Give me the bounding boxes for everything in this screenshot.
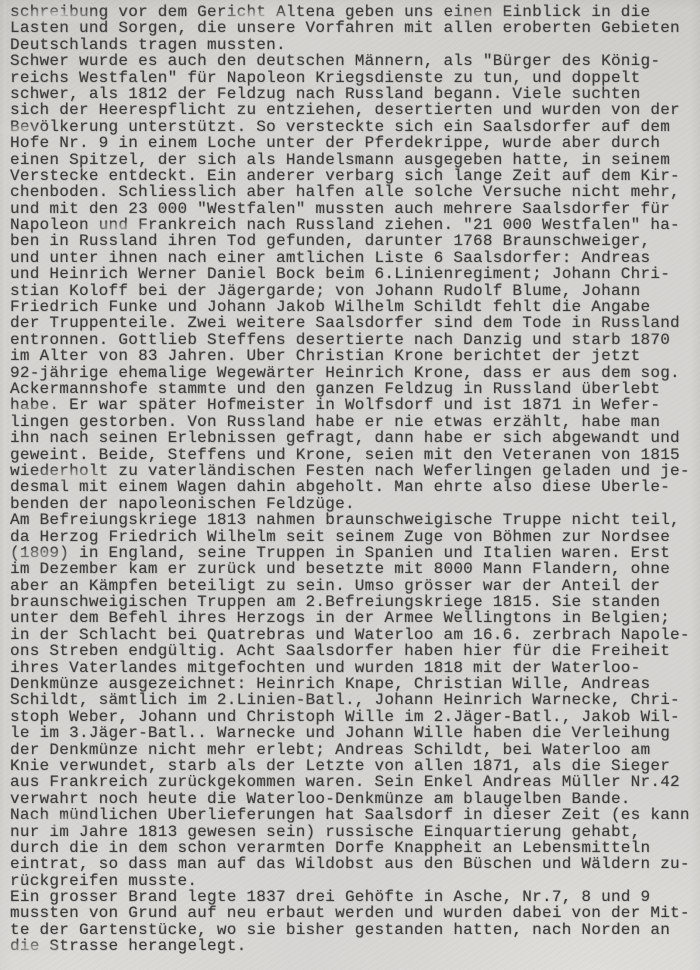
text-line: ben in Russland ihren Tod gefunden, daru… <box>10 233 700 249</box>
text-line: benden der napoleonischen Feldzüge. <box>10 496 700 512</box>
text-line: in der Schlacht bei Quatrebras und Water… <box>10 627 700 643</box>
text-line: wiederholt zu vaterländischen Festen nac… <box>10 463 700 479</box>
text-line: aber an Kämpfen beteiligt zu sein. Umso … <box>10 578 700 594</box>
text-line: desmal mit einem Wagen dahin abgeholt. M… <box>10 479 700 495</box>
text-line: nur im Jahre 1813 gewesen sein) russisch… <box>10 824 700 840</box>
text-line: der Denkmünze nicht mehr erlebt; Andreas… <box>10 742 700 758</box>
text-line: geweint. Beide, Steffens und Krone, seie… <box>10 447 700 463</box>
text-line: und Heinrich Werner Daniel Bock beim 6.L… <box>10 266 700 282</box>
text-line: und unter ihnen nach einer amtlichen Lis… <box>10 250 700 266</box>
text-line: eintrat, so dass man auf das Wildobst au… <box>10 856 700 872</box>
text-line: (1809) in England, seine Truppen in Span… <box>10 545 700 561</box>
text-line: im Dezember kam er zurück und besetzte m… <box>10 561 700 577</box>
text-line: entronnen. Gottlieb Steffens desertierte… <box>10 332 700 348</box>
text-line: ihres Vaterlandes mitgefochten und wurde… <box>10 660 700 676</box>
text-line: einen Spitzel, der sich als Handelsmann … <box>10 152 700 168</box>
text-line: Bevölkerung unterstützt. So versteckte s… <box>10 119 700 135</box>
text-line: sich der Heerespflicht zu entziehen, des… <box>10 102 700 118</box>
text-line: ons Streben endgültig. Acht Saalsdorfer … <box>10 643 700 659</box>
text-line: Schildt, sämtlich im 2.Linien-Batl., Joh… <box>10 692 700 708</box>
text-line: verwahrt noch heute die Waterloo-Denkmün… <box>10 791 700 807</box>
text-line: Verstecke entdeckt. Ein anderer verbarg … <box>10 168 700 184</box>
text-line: und mit den 23 000 "Westfalen" mussten a… <box>10 201 700 217</box>
text-line: Knie verwundet, starb als der Letzte von… <box>10 758 700 774</box>
text-line: Schwer wurde es auch den deutschen Männe… <box>10 53 700 69</box>
text-line: stian Koloff bei der Jägergarde; von Joh… <box>10 283 700 299</box>
text-line: Hofe Nr. 9 in einem Loche unter der Pfer… <box>10 135 700 151</box>
text-line: Nach mündlichen Uberlieferungen hat Saal… <box>10 807 700 823</box>
scanned-page: schreibung vor dem Gericht Altena geben … <box>0 0 700 970</box>
text-line: unter dem Befehl ihres Herzogs in der Ar… <box>10 610 700 626</box>
text-line: lingen gestorben. Von Russland habe er n… <box>10 414 700 430</box>
text-line: Lasten und Sorgen, die unsere Vorfahren … <box>10 20 700 36</box>
text-line: da Herzog Friedrich Wilhelm seit seinem … <box>10 529 700 545</box>
text-line: te der Gartenstücke, wo sie bisher gesta… <box>10 922 700 938</box>
text-line: der Truppenteile. Zwei weitere Saalsdorf… <box>10 315 700 331</box>
typewritten-text-block: schreibung vor dem Gericht Altena geben … <box>10 4 700 955</box>
text-line: aus Frankreich zurückgekommen waren. Sei… <box>10 774 700 790</box>
text-line: Deutschlands tragen mussten. <box>10 37 700 53</box>
text-line: braunschweigischen Truppen am 2.Befreiun… <box>10 594 700 610</box>
text-line: Friedrich Funke und Johann Jakob Wilhelm… <box>10 299 700 315</box>
text-line: 92-jährige ehemalige Wegewärter Heinrich… <box>10 365 700 381</box>
text-line: schwer, als 1812 der Feldzug nach Russla… <box>10 86 700 102</box>
text-line: Denkmünze ausgezeichnet: Heinrich Knape,… <box>10 676 700 692</box>
text-line: Ackermannshofe stammte und den ganzen Fe… <box>10 381 700 397</box>
text-line: habe. Er war später Hofmeister in Wolfsd… <box>10 397 700 413</box>
text-line: Napoleon und Frankreich nach Russland zi… <box>10 217 700 233</box>
text-line: Am Befreiungskriege 1813 nahmen braunsch… <box>10 512 700 528</box>
text-line: durch die in dem schon verarmten Dorfe K… <box>10 840 700 856</box>
text-line: rückgreifen musste. <box>10 873 700 889</box>
text-line: chenboden. Schliesslich aber halfen alle… <box>10 184 700 200</box>
text-line: stoph Weber, Johann und Christoph Wille … <box>10 709 700 725</box>
text-line: reichs Westfalen" für Napoleon Kriegsdie… <box>10 70 700 86</box>
text-line: mussten von Grund auf neu erbaut werden … <box>10 905 700 921</box>
text-line: ihn nach seinen Erlebnissen gefragt, dan… <box>10 430 700 446</box>
text-line: die Strasse herangelegt. <box>10 938 700 954</box>
text-line: schreibung vor dem Gericht Altena geben … <box>10 4 700 20</box>
text-line: im Alter von 83 Jahren. Uber Christian K… <box>10 348 700 364</box>
text-line: le im 3.Jäger-Batl.. Warnecke und Johann… <box>10 725 700 741</box>
